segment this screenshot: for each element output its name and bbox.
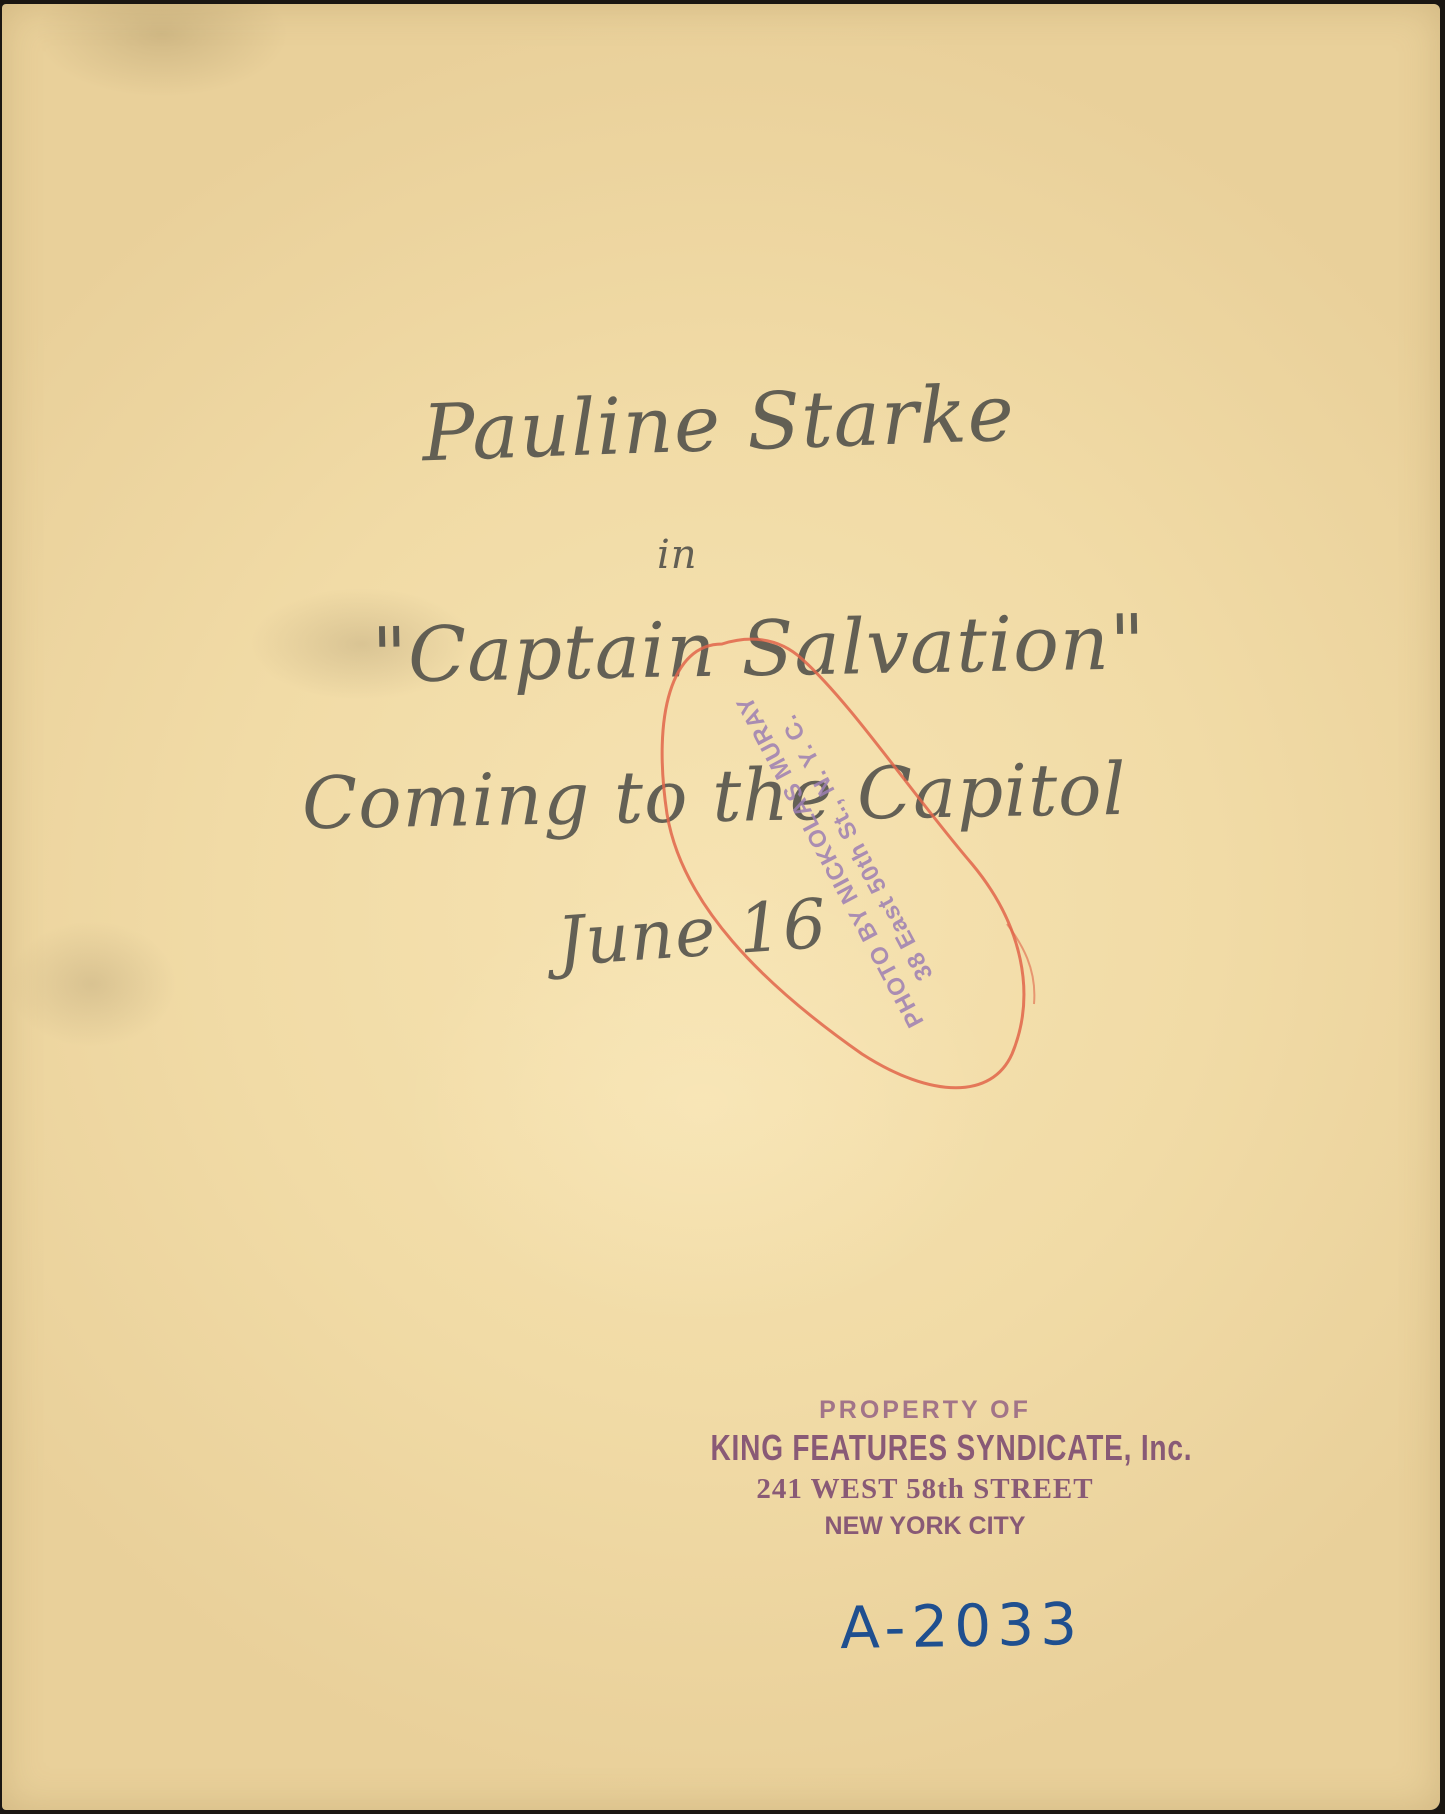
property-stamp-line2: KING FEATURES SYNDICATE, Inc. [711,1427,1140,1469]
property-stamp-line4: NEW YORK CITY [650,1512,1200,1541]
property-stamp-line1: PROPERTY OF [650,1396,1200,1425]
photo-back-paper: Pauline Starke in "Captain Salvation" Co… [2,4,1440,1810]
handwritten-in: in [657,532,698,578]
inventory-number: A-2033 [839,1590,1083,1662]
property-stamp: PROPERTY OF KING FEATURES SYNDICATE, Inc… [650,1396,1200,1541]
handwritten-actress-name: Pauline Starke [421,369,1017,480]
red-crayon-loop-icon [652,624,1062,1104]
property-stamp-line3: 241 WEST 58th STREET [650,1473,1200,1506]
